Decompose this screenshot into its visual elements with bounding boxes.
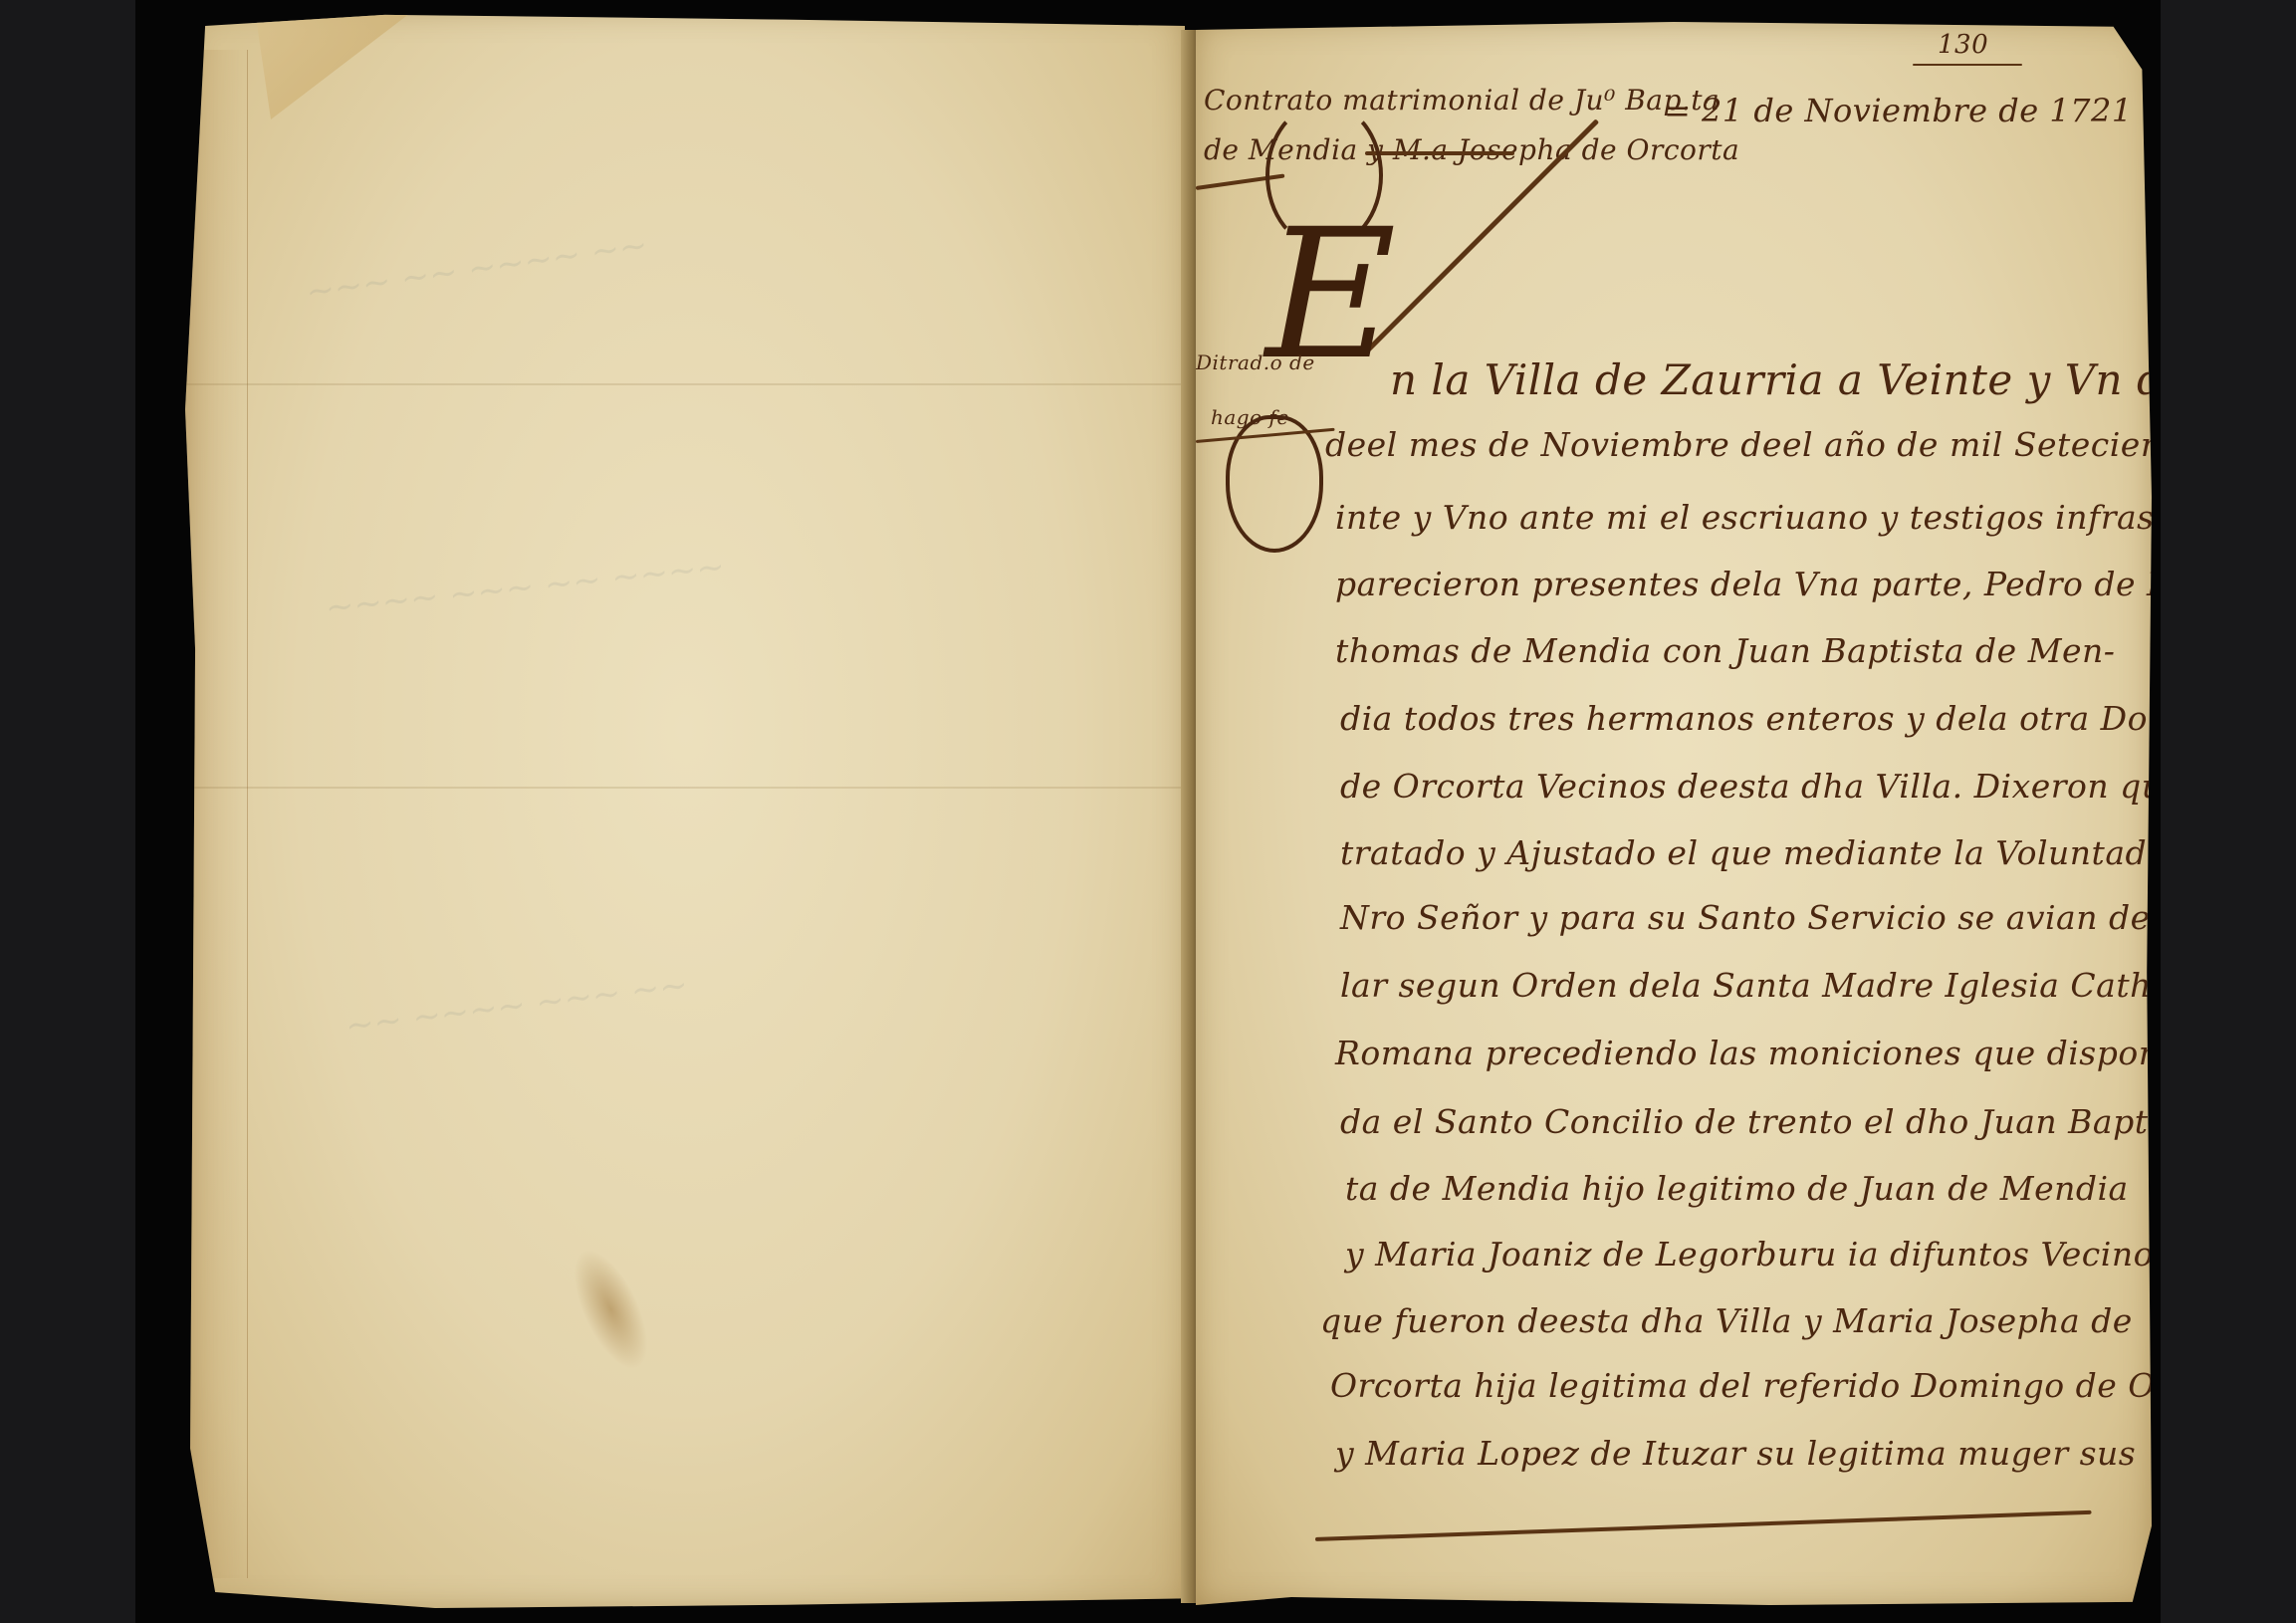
body-line: Nro Señor y para su Santo Servicio se av… bbox=[1340, 898, 2161, 937]
body-line: dia todos tres hermanos enteros y dela o… bbox=[1340, 699, 2161, 738]
body-line: da el Santo Concilio de trento el dho Ju… bbox=[1340, 1102, 2161, 1141]
fold-line bbox=[185, 383, 1185, 385]
body-line: tratado y Ajustado el que mediante la Vo… bbox=[1340, 833, 2161, 872]
body-line: thomas de Mendia con Juan Baptista de Me… bbox=[1335, 631, 2115, 670]
left-page: ~~~ ~~ ~~~~ ~~ ~~~~ ~~~ ~~ ~~~~ ~~ ~~~~ … bbox=[185, 10, 1185, 1608]
body-line: n la Villa de Zaurria a Veinte y Vn dias bbox=[1390, 355, 2161, 404]
body-line: Romana precediendo las moniciones que di… bbox=[1335, 1034, 2161, 1072]
heading-date: = 21 de Noviembre de 1721 == bbox=[1664, 92, 2161, 129]
body-line: y Maria Joaniz de Legorburu ia difuntos … bbox=[1345, 1235, 2161, 1274]
manuscript-photo: ~~~ ~~ ~~~~ ~~ ~~~~ ~~~ ~~ ~~~~ ~~ ~~~~ … bbox=[135, 0, 2161, 1623]
body-line: Orcorta hija legitima del referido Domin… bbox=[1330, 1366, 2161, 1405]
margin-note-line-1: Ditrad.o de bbox=[1196, 350, 1315, 374]
margin-note-line-2: hago fe bbox=[1211, 405, 1289, 429]
body-line: inte y Vno ante mi el escriuano y testig… bbox=[1335, 498, 2161, 537]
body-line: de Orcorta Vecinos deesta dha Villa. Dix… bbox=[1340, 767, 2161, 806]
body-line: que fueron deesta dha Villa y Maria Jose… bbox=[1320, 1301, 2133, 1340]
bleed-through: ~~ ~~~~ ~~~ ~~ bbox=[344, 965, 690, 1046]
body-line: lar segun Orden dela Santa Madre Iglesia… bbox=[1340, 966, 2161, 1005]
bleed-through: ~~~~ ~~~ ~~ ~~~~ bbox=[324, 547, 727, 628]
paper-stain bbox=[559, 1239, 663, 1379]
body-line: ta de Mendia hijo legitimo de Juan de Me… bbox=[1345, 1169, 2129, 1208]
closing-rule bbox=[1315, 1510, 2092, 1541]
left-page-edge bbox=[185, 50, 248, 1578]
folio-number: 130 bbox=[1938, 30, 1988, 60]
folio-underline bbox=[1913, 64, 2022, 66]
torn-corner bbox=[255, 10, 414, 119]
body-line: parecieron presentes dela Vna parte, Ped… bbox=[1335, 565, 2161, 603]
heading-rule bbox=[1365, 151, 1514, 155]
body-line: deel mes de Noviembre deel año de mil Se… bbox=[1325, 425, 2161, 464]
right-page: 130 Contrato matrimonial de Ju⁰ Bap.ta d… bbox=[1196, 22, 2152, 1605]
body-line: y Maria Lopez de Ituzar su legitima muge… bbox=[1335, 1434, 2136, 1473]
heading-line-1: Contrato matrimonial de Ju⁰ Bap.ta bbox=[1204, 84, 1720, 116]
bleed-through: ~~~ ~~ ~~~~ ~~ bbox=[304, 225, 650, 313]
fold-line bbox=[185, 787, 1185, 789]
